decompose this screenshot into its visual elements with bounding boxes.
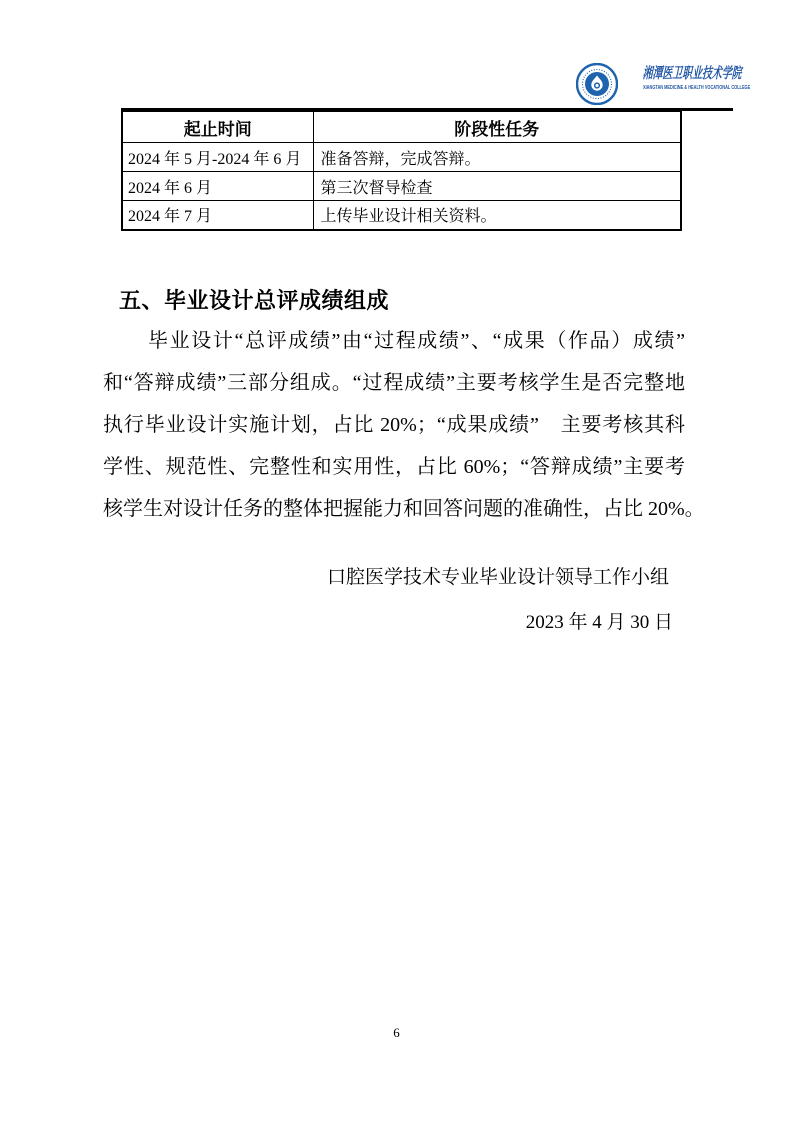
page-number: 6 bbox=[0, 1025, 793, 1041]
cell-time: 2024 年 5 月-2024 年 6 月 bbox=[122, 143, 313, 172]
paragraph-line: 毕业设计“总评成绩”由“过程成绩”、“成果（作品）成绩” bbox=[103, 320, 685, 362]
college-emblem-icon bbox=[576, 63, 618, 105]
header-cell-task: 阶段性任务 bbox=[313, 112, 681, 143]
college-name-block: 湘潭医卫职业技术学院 XIANGTAN MEDICINE & HEALTH VO… bbox=[643, 66, 753, 95]
document-page: 湘潭医卫职业技术学院 XIANGTAN MEDICINE & HEALTH VO… bbox=[0, 0, 793, 1122]
section-heading: 五、毕业设计总评成绩组成 bbox=[119, 284, 389, 315]
table-row: 2024 年 5 月-2024 年 6 月 准备答辩，完成答辩。 bbox=[122, 143, 681, 172]
paragraph-line: 核学生对设计任务的整体把握能力和回答问题的准确性，占比 20%。 bbox=[103, 488, 685, 530]
table-row: 2024 年 7 月 上传毕业设计相关资料。 bbox=[122, 201, 681, 230]
table-row: 2024 年 6 月 第三次督导检查 bbox=[122, 172, 681, 201]
header-cell-time: 起止时间 bbox=[122, 112, 313, 143]
cell-task: 上传毕业设计相关资料。 bbox=[313, 201, 681, 230]
college-name-en: XIANGTAN MEDICINE & HEALTH VOCATIONAL CO… bbox=[643, 85, 686, 91]
paragraph-line: 和“答辩成绩”三部分组成。“过程成绩”主要考核学生是否完整地 bbox=[103, 362, 685, 404]
cell-time: 2024 年 6 月 bbox=[122, 172, 313, 201]
paragraph-line: 执行毕业设计实施计划，占比 20%；“成果成绩” 主要考核其科 bbox=[103, 404, 685, 446]
college-name-cn: 湘潭医卫职业技术学院 bbox=[642, 66, 715, 82]
cell-task: 准备答辩，完成答辩。 bbox=[313, 143, 681, 172]
paragraph-line: 学性、规范性、完整性和实用性，占比 60%；“答辩成绩”主要考 bbox=[103, 446, 685, 488]
body-paragraph: 毕业设计“总评成绩”由“过程成绩”、“成果（作品）成绩” 和“答辩成绩”三部分组… bbox=[103, 320, 685, 530]
college-logo: 湘潭医卫职业技术学院 XIANGTAN MEDICINE & HEALTH VO… bbox=[576, 63, 753, 105]
date-line: 2023 年 4 月 30 日 bbox=[103, 607, 673, 634]
table-header-row: 起止时间 阶段性任务 bbox=[122, 112, 681, 143]
schedule-table: 起止时间 阶段性任务 2024 年 5 月-2024 年 6 月 准备答辩，完成… bbox=[121, 111, 682, 231]
signature-line: 口腔医学技术专业毕业设计领导工作小组 bbox=[103, 562, 669, 589]
cell-task: 第三次督导检查 bbox=[313, 172, 681, 201]
cell-time: 2024 年 7 月 bbox=[122, 201, 313, 230]
